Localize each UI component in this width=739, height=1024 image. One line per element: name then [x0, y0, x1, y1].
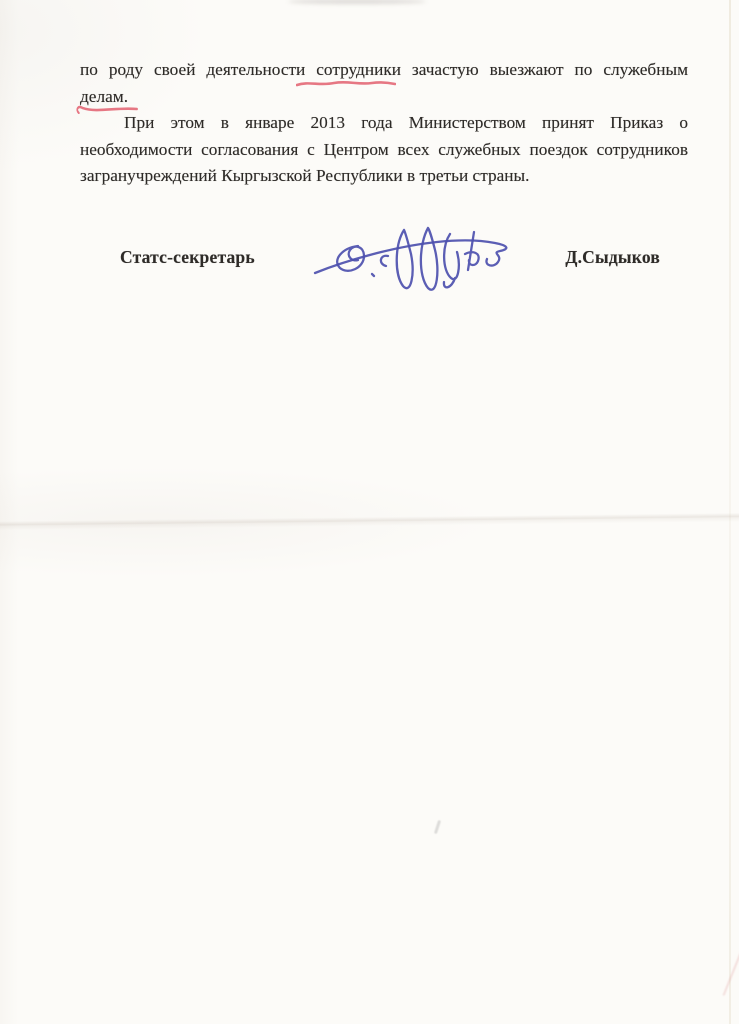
- paragraph2-line1: При этом в январе 2013 года Министерство…: [80, 110, 688, 137]
- signer-name: Д.Сыдыков: [565, 247, 660, 268]
- red-underlined-text: сотрудники зачастую выезжают по служебны…: [316, 60, 688, 79]
- handwritten-signature-icon: [312, 218, 518, 298]
- paragraph2-line3: загранучреждений Кыргызской Республики в…: [80, 163, 688, 190]
- paragraph2-line2: необходимости согласования с Центром все…: [80, 137, 688, 164]
- paper-fold-crease: [0, 513, 739, 531]
- body-text: При этом в январе 2013 года Министерство…: [124, 113, 688, 132]
- signer-role-label: Статс-секретарь: [120, 247, 255, 268]
- body-text: по роду своей деятельности: [80, 60, 305, 79]
- document-text-block: по роду своей деятельности сотрудники за…: [80, 57, 688, 190]
- paragraph1-line1: по роду своей деятельности сотрудники за…: [80, 57, 688, 84]
- scan-smudge: [288, 0, 426, 4]
- scan-speck: [434, 820, 441, 834]
- signature-block: Статс-секретарь Д.Сыдыков: [80, 242, 688, 272]
- paragraph1-line2: делам.: [80, 84, 688, 111]
- body-text: загранучреждений Кыргызской Республики в…: [80, 166, 529, 185]
- red-underlined-text: делам.: [80, 87, 128, 106]
- body-text: необходимости согласования с Центром все…: [80, 140, 688, 159]
- scanned-document-page: по роду своей деятельности сотрудники за…: [0, 0, 739, 1024]
